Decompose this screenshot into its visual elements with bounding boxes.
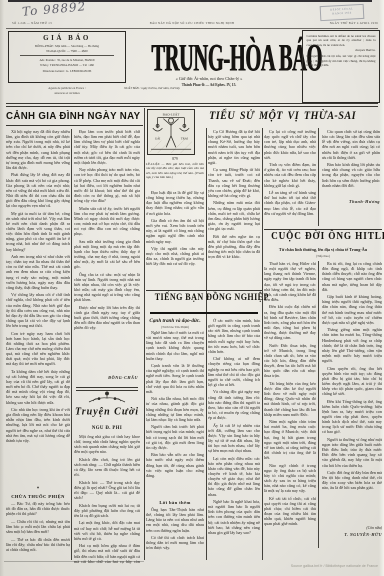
- section-separator-star: *: [6, 487, 70, 492]
- engraving-label-top: ĐẠO-LUẬT: [163, 111, 180, 116]
- price-box-divider: [20, 55, 114, 56]
- engraving-label-right: TRAI: [181, 137, 188, 141]
- hitler-subtitle: Từ chân lính thường, lên địa vị chúa tể …: [264, 247, 382, 252]
- family-signature: ĐỒNG-CHÂU: [74, 375, 138, 380]
- library-stamp: DÉPÔT LÉGAL HANOI 1936: [320, 4, 365, 21]
- hitler-signature: T. NGUYỄN-HỮU: [322, 532, 382, 537]
- quote-vietnamese: Có người phải cái tật xấu, xét việc gì c…: [307, 54, 376, 67]
- opium-column: — Bác Tư, độ này trông bác béo tốt đỏ đắ…: [6, 501, 70, 565]
- opium-title: CHỪA THUỐC PHIỆN: [6, 494, 70, 499]
- postal-address: Adr. Postale : 35, rue de la Mission, HA…: [12, 58, 122, 62]
- colleagues-column-1b: Ông bạn Tân-Thịnh bàn như thế, chúng tôi…: [146, 507, 204, 565]
- quote-author: Jacques Balera.: [307, 48, 376, 52]
- colleagues-subtitle: Cạnh tranh và đạo-đức.: [146, 318, 204, 324]
- director-line: Directeur-Gérant : G. LEBOURGEOIS: [12, 69, 122, 73]
- hitler-headline: CUỘC ĐỜI ÔNG HITLER: [271, 231, 375, 242]
- colleagues-headline: TIẾNG BẠN ĐỒNG NGHIỆP: [155, 293, 254, 303]
- missionary-column-1: Cụ Cố Hương đã tạ thế hồi bảy giờ sáng h…: [208, 129, 260, 287]
- illustration-column-text: Đạo luật đặt ra là để giữ lấy sự công bằ…: [146, 190, 204, 287]
- date-line: NGÀY THỨ BẢY 4 AVRIL 1936: [282, 21, 378, 25]
- telegraph-line: Tchèq : TRUNGHOA-HANOI — Tél : 460: [12, 63, 122, 67]
- masthead-rule-thin: [6, 106, 378, 107]
- missionary-column-2: Cụ lại có công mở trường dạy quốc ngữ và…: [264, 129, 316, 226]
- newspaper-page: To 98892 SỐ 1.246 — NĂM THỨ 13 BÁO NÀY Đ…: [0, 0, 384, 576]
- top-rule: [6, 28, 378, 29]
- funny-section-title: Truyện Cười: [74, 405, 140, 417]
- colleagues-subhead: Lời bàn thêm: [146, 500, 204, 505]
- price-row-1: ĐÔNG-PHÁP : Một năm — Sáu tháng — Ba thá…: [12, 44, 122, 48]
- column-rule-3: [206, 128, 207, 560]
- family-headline: CẢNH GIA ĐÌNH NGÀY NAY: [6, 110, 144, 122]
- missionary-headline: TIỂU SỬ MỘT VỊ THỪA-SAI: [209, 108, 335, 123]
- price-box: GIÁ BÁO ĐÔNG-PHÁP : Một năm — Sáu tháng …: [8, 31, 126, 83]
- quote-french: Certains hommes ont le défaut de ne sais…: [307, 34, 376, 47]
- price-box-title: GIÁ BÁO: [12, 34, 122, 42]
- issue-number: SỐ 1.246 — NĂM THỨ 13: [12, 21, 52, 25]
- missionary-signature: Thanh-Hương: [322, 199, 380, 204]
- missionary-column-3: Các quan chức sở tại cùng thân hào các l…: [322, 129, 380, 197]
- column-rule-2: [144, 108, 145, 560]
- hitler-to-be-continued: (Còn nữa): [322, 526, 382, 530]
- engraving-label-left: GÁI: [155, 136, 160, 141]
- publication-schedule: XUẤT BẢN : ngày thứ ba, thứ năm, thứ bảy: [124, 86, 200, 90]
- quote-box: Certains hommes ont le défaut de ne sais…: [302, 30, 380, 103]
- engraving-number: 879: [146, 157, 204, 161]
- hitler-top-rule: [264, 229, 382, 230]
- column-rule-5b: [318, 261, 319, 548]
- scan-smudge: [4, 561, 144, 562]
- funny-story-title: NGU Đ. PHI: [74, 426, 140, 431]
- left-scan-edge: [0, 0, 4, 576]
- hitler-column-2: Ra tù rồi, ông lại ra công chỉnh đốn đản…: [322, 261, 382, 524]
- agents-note: Agents de publicité en France : annonces…: [8, 86, 126, 95]
- column-rule-1: [71, 129, 72, 560]
- masthead-rule-thick: [6, 103, 378, 104]
- legal-deposit-line: BÁO NÀY ĐÃ NỘP SỐ LƯU CHIỂU THEO NGHỊ ĐỊ…: [112, 21, 272, 25]
- column-rule-4: [262, 128, 263, 560]
- hitler-continued-note: (Tiếp theo): [264, 254, 382, 258]
- hitler-column-1: Thuở hàn vi, ông Hitler chỉ là một người…: [264, 261, 316, 548]
- colleagues-top-rule: [146, 290, 262, 291]
- family-headline-rule: [6, 125, 143, 126]
- agents-line2: annonces et réclames: [8, 91, 126, 96]
- funny-story-column: Một ông nhà giàu có tính hay khoe chữ, t…: [74, 434, 140, 564]
- column-rule-5a: [318, 128, 319, 226]
- gallica-source-note: Source gallica.bnf.fr / Bibliothèque nat…: [180, 564, 378, 568]
- colleagues-source: (Trích báo Tân-Thịnh): [146, 325, 204, 329]
- colleagues-column-2: Ở các nước văn minh, báo giới người ta c…: [208, 318, 260, 565]
- colleagues-headline-bar: [150, 312, 258, 314]
- stamp-line2: HANOI 1936: [321, 11, 363, 17]
- motto-quote: « Giữ đức Ái-nhân, noi theo Chân-lý »: [162, 76, 256, 82]
- engraving-caption: LỀ-LUẬT. — Bên gái bên trai, mỗi bên níu…: [146, 162, 204, 180]
- price-row-2: NGOẠI-QUỐC — 7$00 — 4$00: [12, 49, 122, 53]
- colleagues-column-1: Nghề làm báo ở nước ta mới có vài mươi n…: [146, 330, 204, 499]
- family-column-1: Xã hội ngày nay đã đổi thay nhiều lắm, g…: [6, 129, 70, 487]
- handwritten-number: To 98892: [22, 0, 87, 19]
- family-column-2: Đạo làm con trước phải biết chữ hiếu, đạ…: [74, 129, 140, 374]
- scales-engraving: ĐẠO-LUẬT GÁI TRAI: [147, 109, 195, 155]
